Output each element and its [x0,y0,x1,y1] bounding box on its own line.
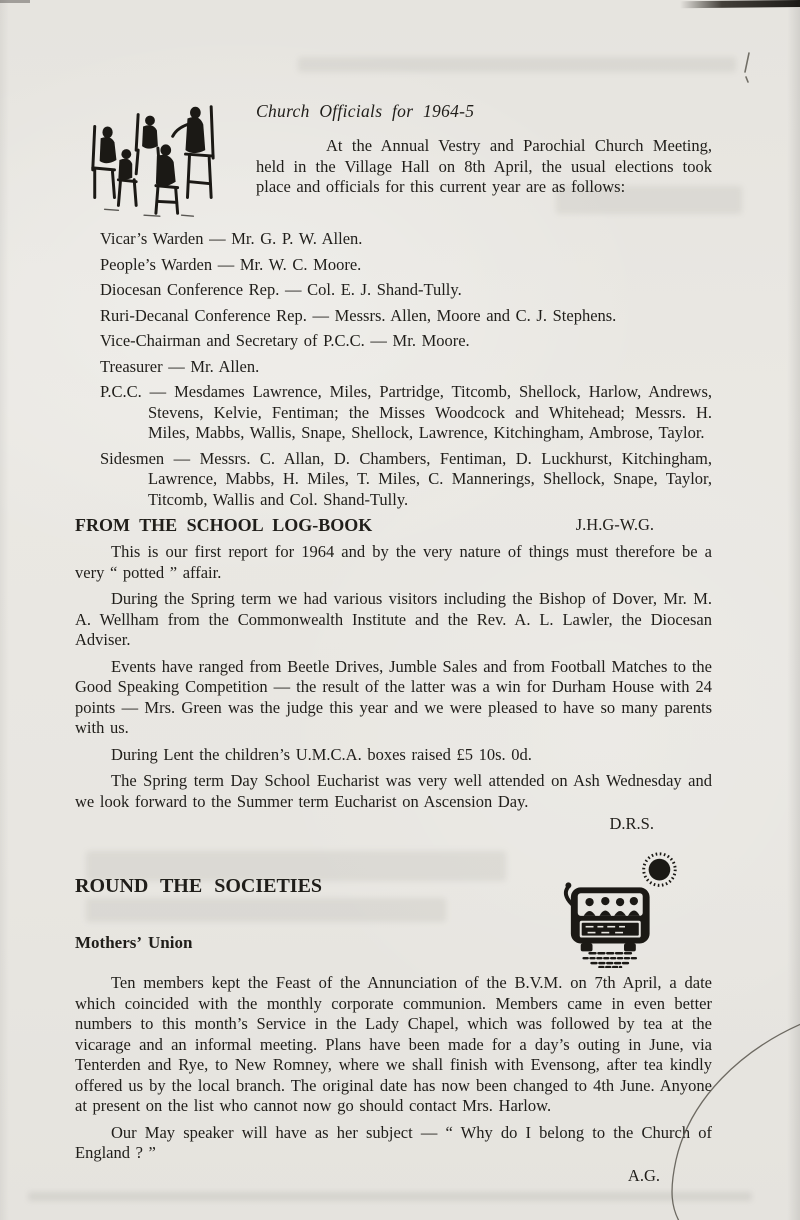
officials-heading: Church Officials for 1964-5 [256,100,712,122]
officials-intro-row: Church Officials for 1964-5 At the Annua… [75,98,712,220]
bus-illustration-icon [562,848,688,968]
church-officials-section: Church Officials for 1964-5 At the Annua… [75,98,712,536]
logbook-paragraph: This is our first report for 1964 and by… [75,542,712,583]
logbook-paragraph: Events have ranged from Beetle Drives, J… [75,657,712,739]
scan-top-corner-shadow [680,0,800,8]
logbook-signature: D.R.S. [75,814,712,835]
meeting-illustration-icon [75,98,223,220]
show-through-ghost [28,1192,752,1201]
logbook-paragraph: The Spring term Day School Eucharist was… [75,771,712,812]
mothers-union-paragraph: Our May speaker will have as her subject… [75,1123,712,1164]
official-item: P.C.C. — Mesdames Lawrence, Miles, Partr… [100,382,712,444]
official-item: Sidesmen — Messrs. C. Allan, D. Chambers… [100,449,712,511]
scan-right-shadow [787,0,800,1220]
official-item: Treasurer — Mr. Allen. [100,357,712,378]
pen-mark [738,50,758,86]
parish-magazine-page: Church Officials for 1964-5 At the Annua… [0,0,800,1220]
logbook-heading: FROM THE SCHOOL LOG-BOOK [75,514,712,536]
show-through-ghost [298,57,736,72]
dust-lines [584,953,637,967]
sun-icon [644,854,676,886]
official-item: Vicar’s Warden — Mr. G. P. W. Allen. [100,229,712,250]
logbook-paragraph: During Lent the children’s U.M.C.A. boxe… [75,745,712,766]
official-item: Ruri-Decanal Conference Rep. — Messrs. A… [100,306,712,327]
officials-intro-paragraph: At the Annual Vestry and Parochial Churc… [256,136,712,198]
logbook-paragraph: During the Spring term we had various vi… [75,589,712,651]
official-item: Vice-Chairman and Secretary of P.C.C. — … [100,331,712,352]
societies-signature: A.G. [75,1166,712,1187]
mothers-union-paragraph: Ten members kept the Feast of the Annunc… [75,973,712,1117]
societies-section: ROUND THE SOCIETIES Mothers’ Union Ten m… [75,846,712,1186]
official-item: Diocesan Conference Rep. — Col. E. J. Sh… [100,280,712,301]
school-logbook-section: FROM THE SCHOOL LOG-BOOK This is our fir… [75,514,712,835]
officials-intro-text: Church Officials for 1964-5 At the Annua… [256,98,712,198]
official-item: People’s Warden — Mr. W. C. Moore. [100,255,712,276]
scan-left-shadow [0,0,9,1220]
waving-arm [566,887,572,904]
officials-list: Vicar’s Warden — Mr. G. P. W. Allen. Peo… [75,229,712,510]
